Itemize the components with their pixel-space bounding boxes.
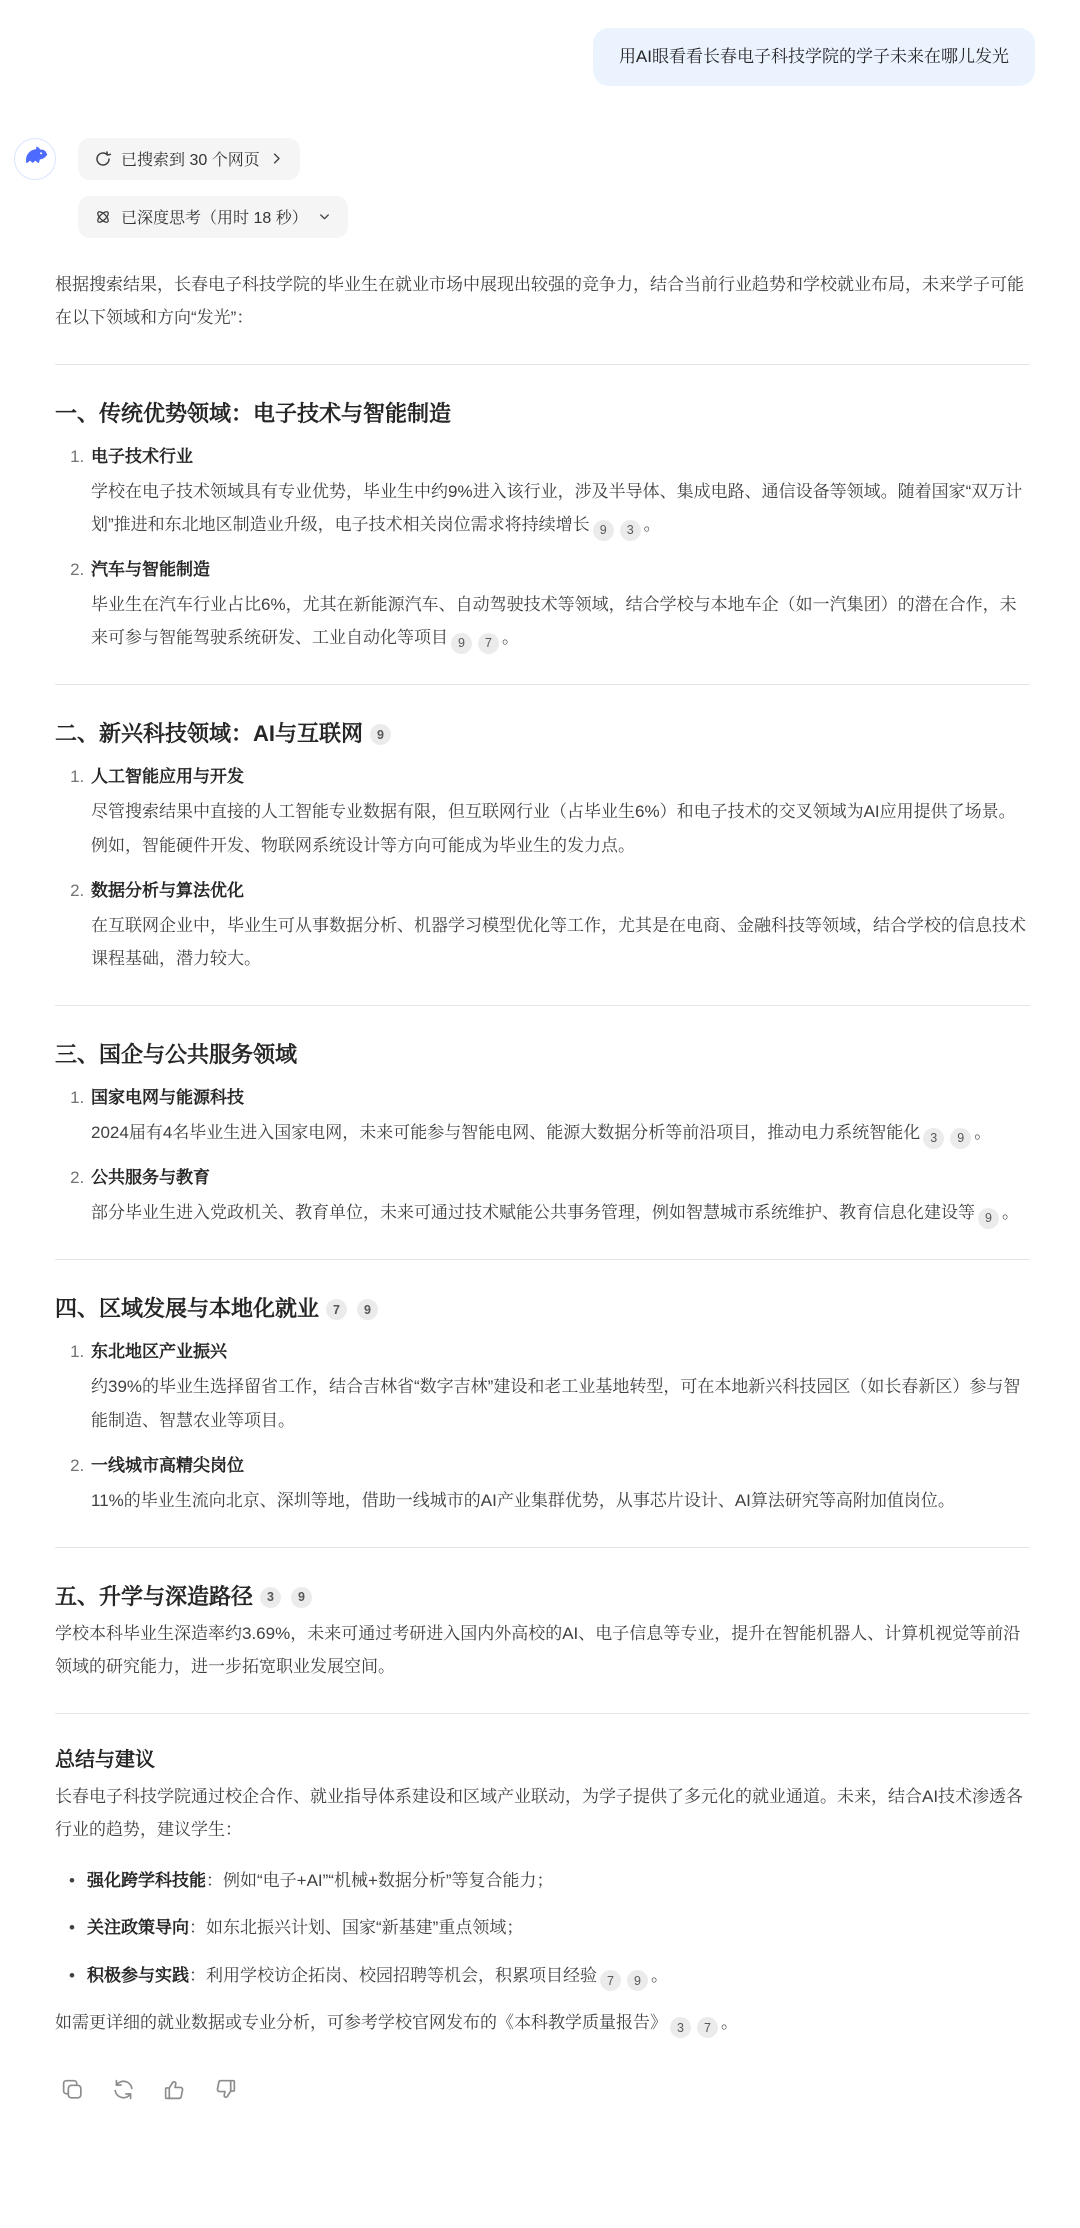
closing-paragraph: 如需更详细的就业数据或专业分析，可参考学校官网发布的《本科教学质量报告》37。 xyxy=(55,2006,1030,2039)
search-results-label: 已搜索到 30 个网页 xyxy=(121,147,260,170)
citation-badge[interactable]: 9 xyxy=(451,633,472,654)
citation-badge[interactable]: 3 xyxy=(620,520,641,541)
item-body: 尽管搜索结果中直接的人工智能专业数据有限，但互联网行业（占毕业生6%）和电子技术… xyxy=(91,795,1030,861)
section-heading: 三、国企与公共服务领域 xyxy=(55,1040,1030,1071)
section-divider xyxy=(55,1547,1030,1548)
deep-think-row: 已深度思考（用时 18 秒） xyxy=(0,196,1080,238)
item-title: 人工智能应用与开发 xyxy=(91,760,1030,793)
content-section: 五、升学与深造路径39学校本科毕业生深造率约3.69%，未来可通过考研进入国内外… xyxy=(55,1582,1030,1683)
thumbs-down-icon[interactable] xyxy=(211,2075,240,2104)
item-title: 汽车与智能制造 xyxy=(91,553,1030,586)
list-item: 人工智能应用与开发尽管搜索结果中直接的人工智能专业数据有限，但互联网行业（占毕业… xyxy=(89,760,1030,861)
citation-badge[interactable]: 7 xyxy=(697,2017,718,2038)
user-message-bubble: 用AI眼看看长春电子科技学院的学子未来在哪儿发光 xyxy=(593,28,1035,86)
copy-icon[interactable] xyxy=(58,2075,87,2104)
section-heading-text: 四、区域发展与本地化就业 xyxy=(55,1294,319,1325)
citation-badge[interactable]: 9 xyxy=(950,1128,971,1149)
citation-badge[interactable]: 3 xyxy=(923,1128,944,1149)
summary-section: 总结与建议长春电子科技学院通过校企合作、就业指导体系建设和区域产业联动，为学子提… xyxy=(55,1746,1030,2039)
citation-badge[interactable]: 9 xyxy=(593,520,614,541)
deep-think-icon xyxy=(94,208,112,226)
chat-page: 用AI眼看看长春电子科技学院的学子未来在哪儿发光 已搜索到 30 个网页 xyxy=(0,0,1080,2228)
summary-paragraph: 长春电子科技学院通过校企合作、就业指导体系建设和区域产业联动，为学子提供了多元化… xyxy=(55,1780,1030,1846)
bullet-item: 关注政策导向：如东北振兴计划、国家“新基建”重点领域； xyxy=(69,1911,1030,1944)
assistant-answer: 根据搜索结果，长春电子科技学院的毕业生在就业市场中展现出较强的竞争力，结合当前行… xyxy=(0,238,1080,2039)
chevron-down-icon xyxy=(317,209,332,224)
assistant-header: 已搜索到 30 个网页 xyxy=(0,138,1080,180)
bullet-item: 强化跨学科技能：例如“电子+AI”“机械+数据分析”等复合能力； xyxy=(69,1864,1030,1897)
citation-badge[interactable]: 7 xyxy=(326,1299,347,1320)
section-divider xyxy=(55,1005,1030,1006)
chevron-right-icon xyxy=(269,151,284,166)
summary-bullet-list: 强化跨学科技能：例如“电子+AI”“机械+数据分析”等复合能力；关注政策导向：如… xyxy=(55,1864,1030,1991)
content-section: 二、新兴科技领域：AI与互联网9人工智能应用与开发尽管搜索结果中直接的人工智能专… xyxy=(55,719,1030,975)
citation-badge[interactable]: 3 xyxy=(670,2017,691,2038)
section-item-list: 东北地区产业振兴约39%的毕业生选择留省工作，结合吉林省“数字吉林”建设和老工业… xyxy=(55,1335,1030,1517)
list-item: 一线城市高精尖岗位11%的毕业生流向北京、深圳等地，借助一线城市的AI产业集群优… xyxy=(89,1449,1030,1517)
item-body: 部分毕业生进入党政机关、教育单位，未来可通过技术赋能公共事务管理，例如智慧城市系… xyxy=(91,1196,1030,1229)
item-title: 数据分析与算法优化 xyxy=(91,874,1030,907)
citation-badge[interactable]: 9 xyxy=(978,1208,999,1229)
section-heading: 五、升学与深造路径39 xyxy=(55,1582,1030,1613)
section-heading-text: 一、传统优势领域：电子技术与智能制造 xyxy=(55,399,451,430)
assistant-avatar xyxy=(14,138,56,180)
regenerate-icon[interactable] xyxy=(109,2075,138,2104)
citation-badge[interactable]: 9 xyxy=(291,1587,312,1608)
section-heading: 一、传统优势领域：电子技术与智能制造 xyxy=(55,399,1030,430)
section-item-list: 国家电网与能源科技2024届有4名毕业生进入国家电网，未来可能参与智能电网、能源… xyxy=(55,1081,1030,1230)
section-heading: 二、新兴科技领域：AI与互联网9 xyxy=(55,719,1030,750)
search-results-pill[interactable]: 已搜索到 30 个网页 xyxy=(78,138,300,180)
section-divider xyxy=(55,364,1030,365)
list-item: 电子技术行业学校在电子技术领域具有专业优势，毕业生中约9%进入该行业，涉及半导体… xyxy=(89,440,1030,541)
section-heading-text: 二、新兴科技领域：AI与互联网 xyxy=(55,719,363,750)
item-body: 毕业生在汽车行业占比6%，尤其在新能源汽车、自动驾驶技术等领域，结合学校与本地车… xyxy=(91,588,1030,654)
web-search-icon xyxy=(94,150,112,168)
item-title: 公共服务与教育 xyxy=(91,1161,1030,1194)
section-heading-text: 五、升学与深造路径 xyxy=(55,1582,253,1613)
section-item-list: 电子技术行业学校在电子技术领域具有专业优势，毕业生中约9%进入该行业，涉及半导体… xyxy=(55,440,1030,655)
list-item: 数据分析与算法优化在互联网企业中，毕业生可从事数据分析、机器学习模型优化等工作，… xyxy=(89,874,1030,975)
citation-badge[interactable]: 7 xyxy=(600,1970,621,1991)
citation-badge[interactable]: 7 xyxy=(478,633,499,654)
bullet-title: 强化跨学科技能 xyxy=(87,1871,206,1890)
item-body: 在互联网企业中，毕业生可从事数据分析、机器学习模型优化等工作，尤其是在电商、金融… xyxy=(91,909,1030,975)
section-divider xyxy=(55,684,1030,685)
deep-think-label: 已深度思考（用时 18 秒） xyxy=(121,205,308,228)
section-heading: 四、区域发展与本地化就业79 xyxy=(55,1294,1030,1325)
item-title: 国家电网与能源科技 xyxy=(91,1081,1030,1114)
intro-paragraph: 根据搜索结果，长春电子科技学院的毕业生在就业市场中展现出较强的竞争力，结合当前行… xyxy=(55,268,1030,334)
list-item: 汽车与智能制造毕业生在汽车行业占比6%，尤其在新能源汽车、自动驾驶技术等领域，结… xyxy=(89,553,1030,654)
list-item: 国家电网与能源科技2024届有4名毕业生进入国家电网，未来可能参与智能电网、能源… xyxy=(89,1081,1030,1149)
summary-heading: 总结与建议 xyxy=(55,1746,1030,1774)
list-item: 公共服务与教育部分毕业生进入党政机关、教育单位，未来可通过技术赋能公共事务管理，… xyxy=(89,1161,1030,1229)
item-body: 2024届有4名毕业生进入国家电网，未来可能参与智能电网、能源大数据分析等前沿项… xyxy=(91,1116,1030,1149)
citation-badge[interactable]: 9 xyxy=(357,1299,378,1320)
item-body: 约39%的毕业生选择留省工作，结合吉林省“数字吉林”建设和老工业基地转型，可在本… xyxy=(91,1370,1030,1436)
bullet-item: 积极参与实践：利用学校访企拓岗、校园招聘等机会，积累项目经验79。 xyxy=(69,1959,1030,1992)
citation-badge[interactable]: 3 xyxy=(260,1587,281,1608)
bullet-title: 积极参与实践 xyxy=(87,1966,189,1985)
section-heading-text: 三、国企与公共服务领域 xyxy=(55,1040,297,1071)
citation-badge[interactable]: 9 xyxy=(370,724,391,745)
content-section: 三、国企与公共服务领域国家电网与能源科技2024届有4名毕业生进入国家电网，未来… xyxy=(55,1040,1030,1229)
item-title: 一线城市高精尖岗位 xyxy=(91,1449,1030,1482)
deepseek-whale-logo-icon xyxy=(22,143,49,175)
section-paragraph: 学校本科毕业生深造率约3.69%，未来可通过考研进入国内外高校的AI、电子信息等… xyxy=(55,1617,1030,1683)
item-title: 电子技术行业 xyxy=(91,440,1030,473)
citation-badge[interactable]: 9 xyxy=(627,1970,648,1991)
content-section: 一、传统优势领域：电子技术与智能制造电子技术行业学校在电子技术领域具有专业优势，… xyxy=(55,399,1030,655)
item-body: 11%的毕业生流向北京、深圳等地，借助一线城市的AI产业集群优势，从事芯片设计、… xyxy=(91,1484,1030,1517)
deep-think-pill[interactable]: 已深度思考（用时 18 秒） xyxy=(78,196,348,238)
content-section: 四、区域发展与本地化就业79东北地区产业振兴约39%的毕业生选择留省工作，结合吉… xyxy=(55,1294,1030,1517)
message-action-bar xyxy=(0,2049,1080,2144)
bullet-title: 关注政策导向 xyxy=(87,1918,189,1937)
answer-sections: 一、传统优势领域：电子技术与智能制造电子技术行业学校在电子技术领域具有专业优势，… xyxy=(55,364,1030,2039)
user-message-row: 用AI眼看看长春电子科技学院的学子未来在哪儿发光 xyxy=(0,0,1080,86)
section-divider xyxy=(55,1713,1030,1714)
section-divider xyxy=(55,1259,1030,1260)
item-title: 东北地区产业振兴 xyxy=(91,1335,1030,1368)
section-item-list: 人工智能应用与开发尽管搜索结果中直接的人工智能专业数据有限，但互联网行业（占毕业… xyxy=(55,760,1030,975)
thumbs-up-icon[interactable] xyxy=(160,2075,189,2104)
item-body: 学校在电子技术领域具有专业优势，毕业生中约9%进入该行业，涉及半导体、集成电路、… xyxy=(91,475,1030,541)
list-item: 东北地区产业振兴约39%的毕业生选择留省工作，结合吉林省“数字吉林”建设和老工业… xyxy=(89,1335,1030,1436)
